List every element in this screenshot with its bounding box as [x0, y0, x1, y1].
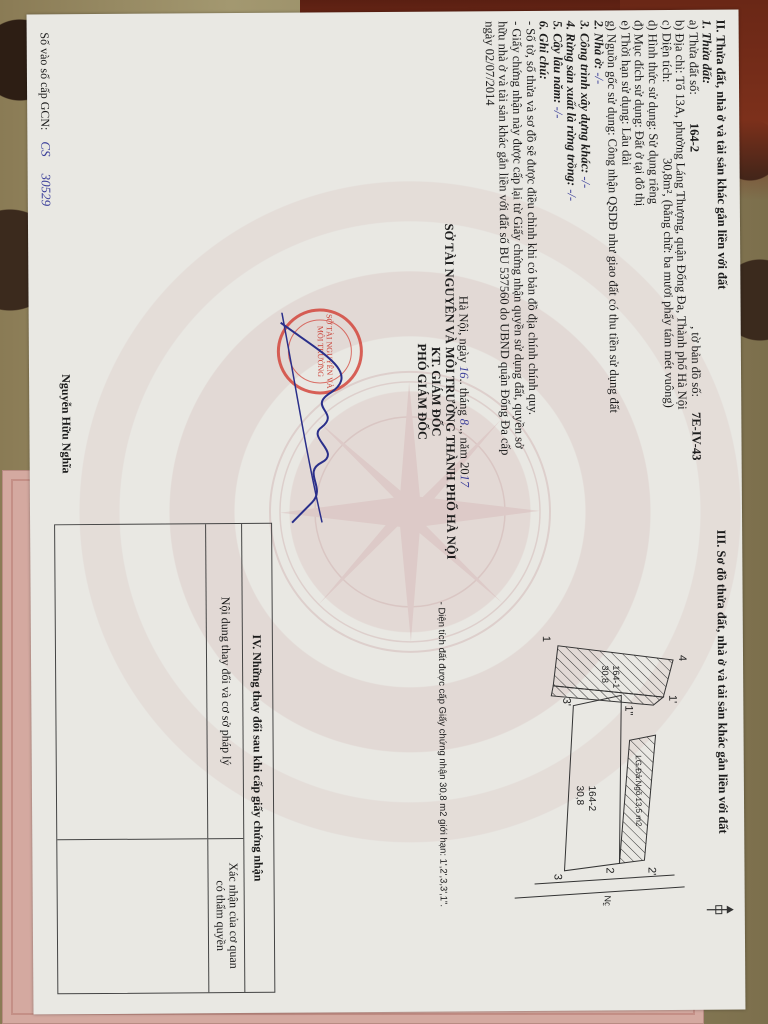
- issuing-agency: SỞ TÀI NGUYÊN VÀ MÔI TRƯỜNG THÀNH PHỐ HÀ…: [442, 212, 459, 572]
- column-change-content: Nội dung thay đổi và cơ sở pháp lý: [55, 524, 243, 840]
- land-plot-diagram: 4 1 1' 1" 2' 2 3 3' 164-2 30,8 164-1 30,…: [463, 605, 715, 907]
- svg-text:2': 2': [645, 867, 657, 875]
- svg-text:30,8: 30,8: [574, 786, 585, 806]
- svg-text:3': 3': [560, 698, 572, 706]
- svg-text:1: 1: [540, 636, 552, 642]
- area-note: - Diện tích đất được cấp Giấy chứng nhận…: [436, 602, 449, 908]
- certificate-page: II. Thửa đất, nhà ở và tài sản khác gắn …: [27, 10, 746, 1015]
- signature-block: Hà Nội, ngày 16.. tháng 8.., năm 2017 SỞ…: [414, 211, 473, 571]
- place-date: Hà Nội, ngày 16.. tháng 8.., năm 2017: [456, 211, 473, 571]
- section-ii-land-info: II. Thửa đất, nhà ở và tài sản khác gắn …: [482, 20, 730, 542]
- svg-text:1': 1': [666, 695, 678, 703]
- svg-text:3: 3: [552, 874, 564, 880]
- registry-number: Số vào sổ cấp GCN: CS 30529: [37, 32, 54, 206]
- changes-table: IV. Những thay đổi sau khi cấp giấy chứn…: [54, 523, 275, 995]
- svg-text:LG.Đả.Ngõ 13,5 m2: LG.Đả.Ngõ 13,5 m2: [634, 755, 644, 827]
- section-iii-title: III. Sơ đồ thửa đất, nhà ở và tài sản kh…: [713, 530, 730, 834]
- rotated-content: II. Thửa đất, nhà ở và tài sản khác gắn …: [27, 10, 746, 1015]
- svg-text:164-2: 164-2: [586, 786, 597, 812]
- section-iv-title: IV. Những thay đổi sau khi cấp giấy chứn…: [241, 524, 274, 992]
- position: PHÓ GIÁM ĐỐC: [414, 212, 431, 572]
- svg-text:30,8: 30,8: [600, 665, 610, 683]
- svg-text:164-1: 164-1: [611, 665, 621, 688]
- handwritten-signature-icon: [261, 312, 383, 533]
- svg-text:4: 4: [676, 655, 688, 661]
- svg-text:2: 2: [603, 867, 615, 873]
- svg-text:1": 1": [622, 705, 634, 715]
- column-authority-confirmation: Xác nhận của cơ quan có thẩm quyền: [57, 839, 244, 993]
- svg-text:Ngõ 6: Ngõ 6: [603, 895, 613, 906]
